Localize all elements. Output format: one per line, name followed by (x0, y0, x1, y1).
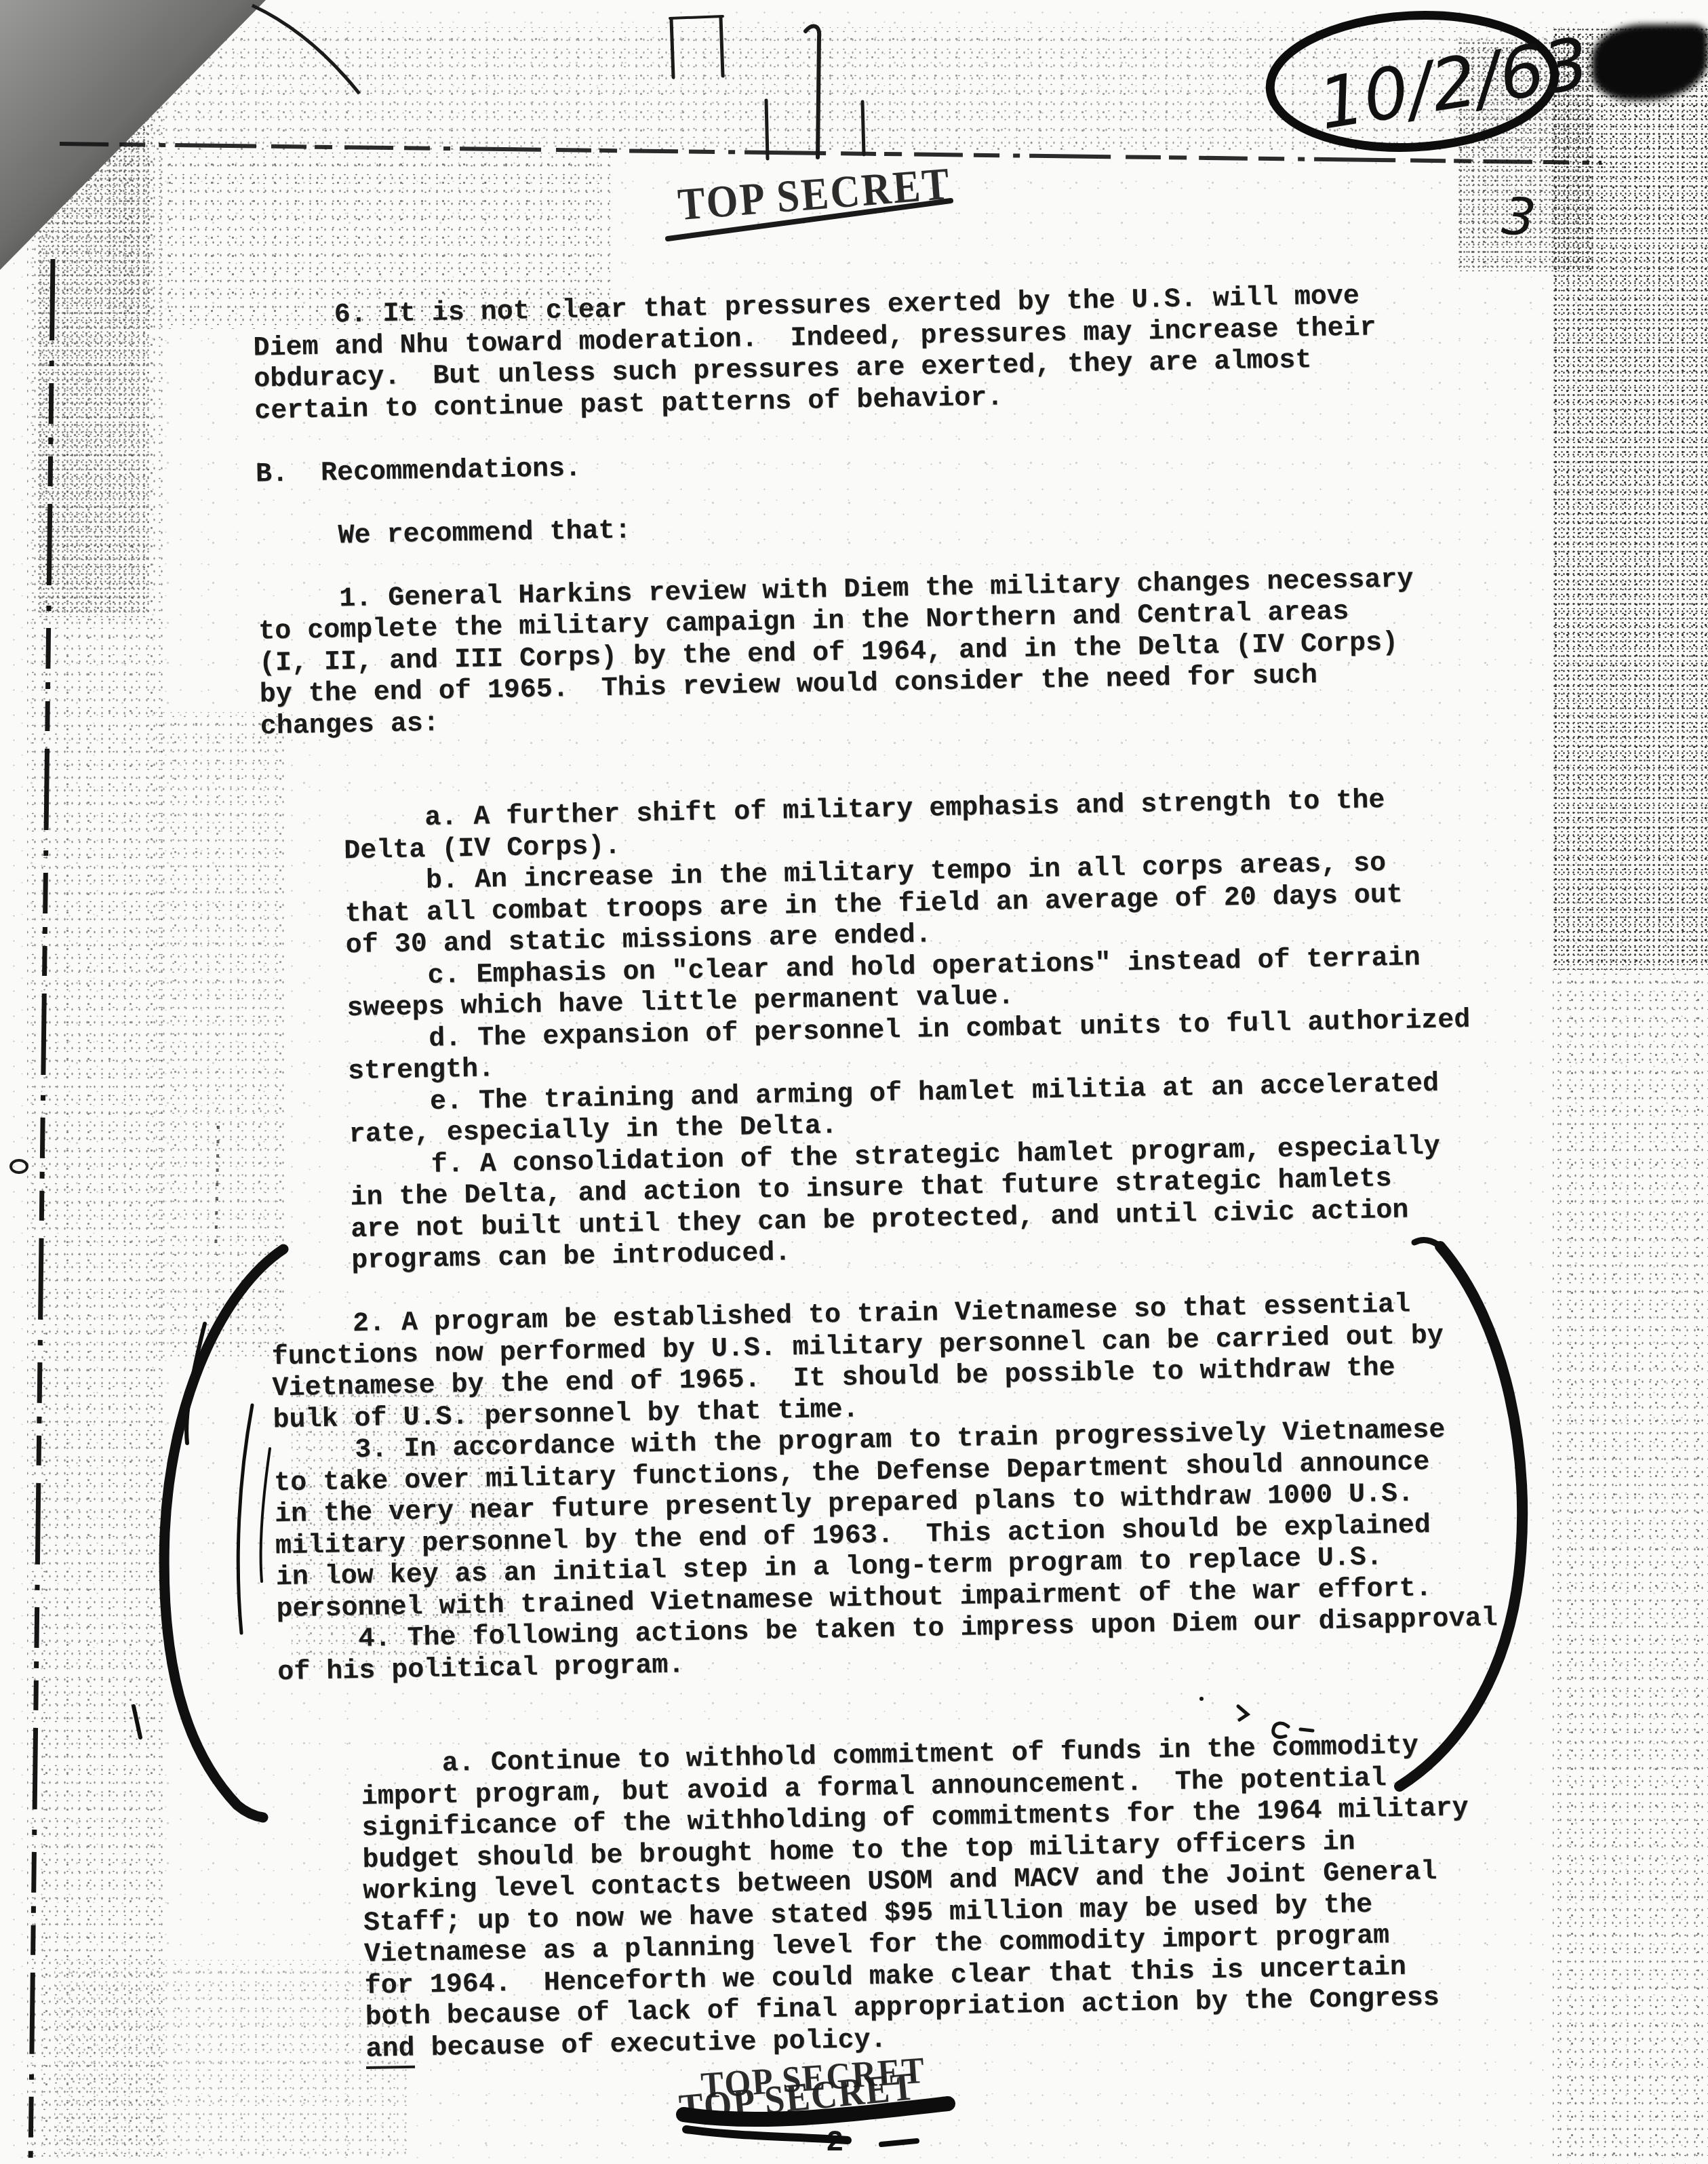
scanned-page: 6. It is not clear that pressures exerte… (0, 0, 1708, 2164)
handwritten-margin-number: 3 (1500, 185, 1538, 249)
binding-edge-line (11, 259, 218, 2164)
stamp-strike-line (668, 201, 951, 239)
pen-annotations-overlay: 10/2/63 3 (0, 0, 1708, 2164)
crease-tick-marks (670, 16, 864, 159)
corner-crease-curve (252, 5, 359, 94)
pen-bracket-right (1399, 1240, 1522, 1786)
margin-circle-mark (11, 1160, 27, 1173)
pen-squiggle-marks (1199, 1697, 1313, 1737)
circled-date-annotation: 10/2/63 (1267, 8, 1595, 155)
handwritten-date: 10/2/63 (1313, 21, 1595, 145)
pen-bracket-left (134, 1249, 283, 1817)
stamp-scribble (683, 2104, 948, 2144)
